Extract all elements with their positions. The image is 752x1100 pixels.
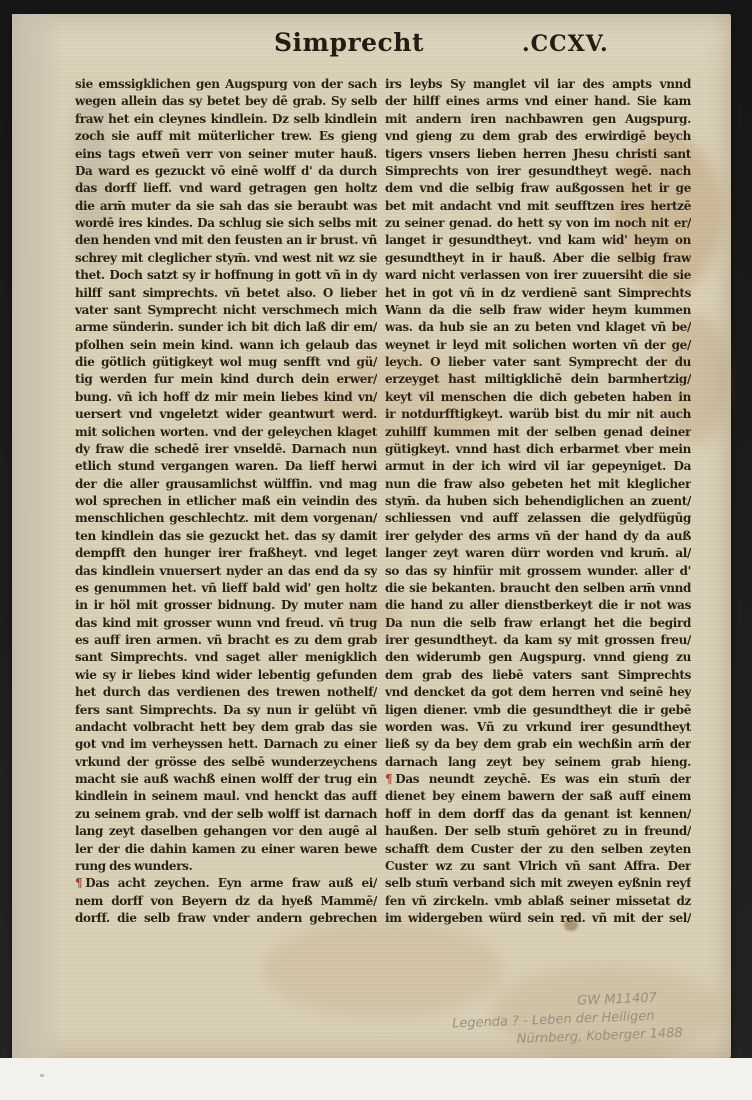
text-line: langet ir gesundtheyt. vnd kam wid' heym… <box>385 232 691 249</box>
dust-speck <box>40 1074 44 1077</box>
text-line: nun die fraw also gebeten het mit klegli… <box>385 476 691 493</box>
text-line: haußen. Der selb stum̄ gehöret zu in fre… <box>385 823 691 840</box>
text-line: mit solichen worten. vnd der geleychen k… <box>75 424 377 441</box>
text-line: ließ sy da bey dem grab ein wechßin arm̄… <box>385 736 691 753</box>
text-line: Simprechts von irer gesundtheyt wegē. na… <box>385 163 691 180</box>
text-line: fen vñ zirckeln. vmb ablaß seiner misset… <box>385 893 691 910</box>
text-line: dem grab des liebē vaters sant Simprecht… <box>385 667 691 684</box>
text-line: der hilff eines arms vnd einer hand. Sie… <box>385 93 691 110</box>
text-line: bung. vñ ich hoff dz mir mein liebes kin… <box>75 389 377 406</box>
text-line: langer zeyt waren dürr worden vnd krum̄.… <box>385 545 691 562</box>
text-line: dempfft den hunger irer fraßheyt. vnd le… <box>75 545 377 562</box>
text-line: es genummen het. vñ lieff bald wid' gen … <box>75 580 377 597</box>
text-line: das kindlein vnuersert nyder an das end … <box>75 563 377 580</box>
text-line: ¶Das neundt zeychē. Es was ein stum̄ der <box>385 771 691 788</box>
text-line: rung des wunders. <box>75 858 377 875</box>
running-header-title: Simprecht <box>274 28 454 57</box>
text-line: zoch sie auff mit müterlicher trew. Es g… <box>75 128 377 145</box>
text-line: erzeyget hast miltigklichē dein barmhert… <box>385 371 691 388</box>
text-line: ¶Das acht zeychen. Eyn arme fraw auß ei/ <box>75 875 377 892</box>
text-line: macht sie auß wachß einen wolff der trug… <box>75 771 377 788</box>
scan-background-strip <box>0 1058 752 1100</box>
text-line: arme sünderin. sunder ich bit dich laß d… <box>75 319 377 336</box>
text-line: Wann da die selb fraw wider heym kummen <box>385 302 691 319</box>
text-line: nem dorff von Beyern dz da hyeß Mammē/ <box>75 893 377 910</box>
deckle-edge <box>12 14 64 1058</box>
text-line: eins tags etweñ verr von seiner muter ha… <box>75 146 377 163</box>
text-line: ligen diener. vmb die gesundtheyt die ir… <box>385 702 691 719</box>
text-column-left: sie emssigklichen gen Augspurg von der s… <box>75 76 377 927</box>
pilcrow-rubric: ¶ <box>75 876 85 890</box>
text-line: het durch das verdienen des trewen nothe… <box>75 684 377 701</box>
text-line: menschlichen geschlechtz. mit dem vorgen… <box>75 510 377 527</box>
text-line: schrey mit cleglicher stym̄. vnd west ni… <box>75 250 377 267</box>
text-line: schliessen vnd auff zelassen die gelydfü… <box>385 510 691 527</box>
text-line: irer gelyder des arms vñ der hand dy da … <box>385 528 691 545</box>
text-line: wordē ires kindes. Da schlug sie sich se… <box>75 215 377 232</box>
text-line: vater sant Symprecht nicht verschmech mi… <box>75 302 377 319</box>
text-line: stym̄. da huben sich behendiglichen an z… <box>385 493 691 510</box>
text-line: vrkund der grösse des selbē wunderzeyche… <box>75 754 377 771</box>
text-line: die götlich gütigkeyt wol mug senfft vnd… <box>75 354 377 371</box>
text-line: dy fraw die schedē irer vnseldē. Darnach… <box>75 441 377 458</box>
text-column-right: irs leybs Sy manglet vil iar des ampts v… <box>385 76 691 927</box>
text-line: tig werden fur mein kind durch dein erwe… <box>75 371 377 388</box>
text-line: die sie bekanten. braucht den selben arm… <box>385 580 691 597</box>
text-line: dem vnd die selbig fraw außgossen het ir… <box>385 180 691 197</box>
text-line: fers sant Simprechts. Da sy nun ir gelüb… <box>75 702 377 719</box>
text-line: zu seiner genad. do hett sy von im noch … <box>385 215 691 232</box>
text-line: andacht volbracht hett bey dem grab das … <box>75 719 377 736</box>
text-line: hoff in dem dorff das da genant ist kenn… <box>385 806 691 823</box>
text-line: kindlein in seinem maul. vnd henckt das … <box>75 788 377 805</box>
text-line: hilff sant simprechts. vñ betet also. O … <box>75 285 377 302</box>
text-line: mit andern iren nachbawren gen Augspurg. <box>385 111 691 128</box>
text-line: den henden vnd mit den feusten an ir bru… <box>75 232 377 249</box>
text-line: uersert vnd vngeletzt wider geantwurt we… <box>75 406 377 423</box>
pencil-annotation: GW M11407 Legenda ? - Leben der Heiligen… <box>449 986 741 1051</box>
text-line: etlich stund vergangen waren. Da lieff h… <box>75 458 377 475</box>
text-line: zu seinem grab. vnd der selb wolff ist d… <box>75 806 377 823</box>
text-line: wegen allein das sy betet bey dē grab. S… <box>75 93 377 110</box>
text-line: keyt vil menschen die dich gebeten haben… <box>385 389 691 406</box>
text-line: wol sprechen in etlicher maß ein veindin… <box>75 493 377 510</box>
text-line: die arm̄ muter da sie sah das sie beraub… <box>75 198 377 215</box>
text-line: ward nicht verlassen von irer zuuersiht … <box>385 267 691 284</box>
text-line: gesundtheyt in ir hauß. Aber die selbig … <box>385 250 691 267</box>
text-line: was. da hub sie an zu beten vnd klaget v… <box>385 319 691 336</box>
text-line: Custer wz zu sant Vlrich vñ sant Affra. … <box>385 858 691 875</box>
pilcrow-rubric: ¶ <box>385 772 395 786</box>
text-line: darnach lang zeyt bey seinem grab hieng. <box>385 754 691 771</box>
text-line: Da ward es gezuckt vō einē wolff d' da d… <box>75 163 377 180</box>
text-line: vnd dencket da got dem herren vnd seinē … <box>385 684 691 701</box>
text-line: irs leybs Sy manglet vil iar des ampts v… <box>385 76 691 93</box>
text-line: im widergeben würd sein red. vñ mit der … <box>385 910 691 927</box>
text-line: ir notdurfftigkeyt. warüb bist du mir ni… <box>385 406 691 423</box>
text-line: in ir höl mit grosser bidnung. Dy muter … <box>75 597 377 614</box>
text-line: dorff. die selb fraw vnder andern gebrec… <box>75 910 377 927</box>
text-line: der die aller grausamlichst wülffin. vnd… <box>75 476 377 493</box>
text-line: irer gesundtheyt. da kam sy mit grossen … <box>385 632 691 649</box>
text-line: leych. O lieber vater sant Symprecht der… <box>385 354 691 371</box>
text-line: selb stum̄ verband sich mit zweyen eyßni… <box>385 875 691 892</box>
text-line: tigers vnsers lieben herren Jhesu christ… <box>385 146 691 163</box>
folio-number: .CCXV. <box>522 31 652 57</box>
text-line: het in got vñ in dz verdienē sant Simpre… <box>385 285 691 302</box>
text-line: sie emssigklichen gen Augspurg von der s… <box>75 76 377 93</box>
text-line: thet. Doch satzt sy ir hoffnung in gott … <box>75 267 377 284</box>
text-line: fraw het ein cleynes kindlein. Dz selb k… <box>75 111 377 128</box>
text-line: ler der die dahin kamen zu einer waren b… <box>75 841 377 858</box>
text-line: das dorff lieff. vnd ward getragen gen h… <box>75 180 377 197</box>
text-line: sant Simprechts. vnd saget aller menigkl… <box>75 649 377 666</box>
text-line: got vnd im verheyssen hett. Darnach zu e… <box>75 736 377 753</box>
text-line: armut in der ich wird vil iar gepeyniget… <box>385 458 691 475</box>
text-line: zuhilff kummen mit der selben genad dein… <box>385 424 691 441</box>
text-line: worden was. Vñ zu vrkund irer gesundthey… <box>385 719 691 736</box>
text-line: es auff iren armen. vñ bracht es zu dem … <box>75 632 377 649</box>
text-line: dienet bey einem bawern der saß auff ein… <box>385 788 691 805</box>
text-line: so das sy hinfür mit grossem wunder. all… <box>385 563 691 580</box>
text-line: die hand zu aller dienstberkeyt die ir n… <box>385 597 691 614</box>
text-line: Da nun die selb fraw erlangt het die beg… <box>385 615 691 632</box>
text-line: ten kindlein das sie gezuckt het. das sy… <box>75 528 377 545</box>
text-line: vnd gieng zu dem grab des erwirdigē beyc… <box>385 128 691 145</box>
text-line: wie sy ir liebes kind wider lebentig gef… <box>75 667 377 684</box>
incunable-page: Simprecht .CCXV. sie emssigklichen gen A… <box>12 14 731 1058</box>
text-line: weynet ir leyd mit solichen worten vñ de… <box>385 337 691 354</box>
text-line: schafft dem Custer der zu den selben zey… <box>385 841 691 858</box>
text-line: lang zeyt daselben gehangen vor den augē… <box>75 823 377 840</box>
text-line: pfolhen sein mein kind. wann ich gelaub … <box>75 337 377 354</box>
text-line: gütigkeyt. vnnd hast dich erbarmet vber … <box>385 441 691 458</box>
text-line: das kind mit grosser wunn vnd freud. vñ … <box>75 615 377 632</box>
text-line: den widerumb gen Augspurg. vnnd gieng zu <box>385 649 691 666</box>
text-line: bet mit andacht vnd mit seufftzen ires h… <box>385 198 691 215</box>
